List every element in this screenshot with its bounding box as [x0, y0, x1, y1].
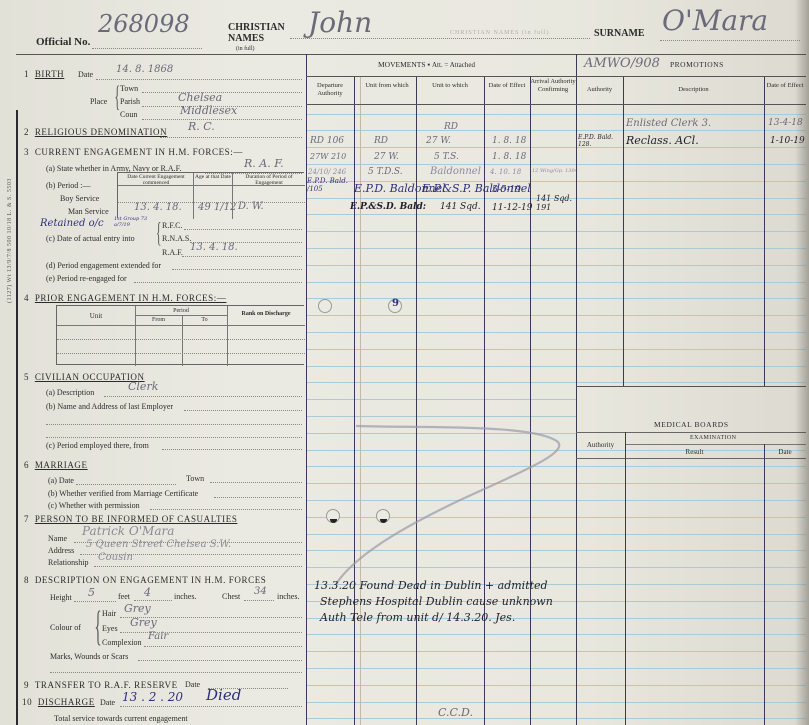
county-value: Middlesex: [180, 104, 237, 117]
th-departure-authority: Departure Authority: [306, 82, 354, 98]
religion-num: 2: [24, 127, 29, 137]
height-feet: 5: [88, 586, 95, 599]
margin-rule: [16, 110, 18, 725]
period-label: (b) Period :—: [46, 181, 90, 190]
religion-value: R. C.: [188, 120, 215, 133]
transfer-num: 9: [24, 680, 29, 690]
inches-label: inches.: [174, 592, 196, 601]
discharge-date-value: 13 . 2 . 20: [122, 690, 183, 704]
religion-title: RELIGIOUS DENOMINATION: [35, 127, 167, 137]
man-date-commenced: 13. 4. 18.: [134, 202, 182, 213]
th-arrival-authority: Arrival Authority Confirming: [530, 78, 576, 94]
extended-label: (d) Period engagement extended for: [46, 261, 161, 270]
th-to: To: [182, 316, 227, 324]
raf-entry-value: 13. 4. 18.: [190, 242, 238, 253]
move-date: 1. 8. 18: [492, 136, 526, 146]
place-label: Place: [90, 97, 107, 106]
surname-value: O'Mara: [662, 4, 768, 37]
medical-boards-title: MEDICAL BOARDS: [654, 420, 729, 429]
transfer-date-label: Date: [185, 680, 200, 689]
occupation-value: Clerk: [128, 380, 158, 393]
move-arrival-auth: 141 Sqd. 191: [536, 194, 576, 212]
county-label: Coun: [120, 110, 137, 119]
marriage-date-label: (a) Date: [48, 476, 74, 485]
actual-entry-label: (c) Date of actual entry into: [46, 234, 135, 243]
civilian-title: 5 CIVILIAN OCCUPATION: [24, 372, 145, 382]
eyes-label: Eyes: [102, 624, 118, 633]
death-note-line-2: Stephens Hospital Dublin cause unknown: [314, 594, 553, 610]
total-service-label: Total service towards current engagement: [54, 714, 188, 723]
relationship-value: Cousin: [98, 552, 133, 563]
casualties-label: PERSON TO BE INFORMED OF CASUALTIES: [35, 514, 238, 524]
next-of-kin-name: Patrick O'Mara: [82, 524, 174, 538]
relationship-label: Relationship: [48, 558, 88, 567]
man-service-label: Man Service: [68, 207, 109, 216]
parish-value: Chelsea: [178, 91, 222, 104]
birth-section-title: 1 BIRTH: [24, 69, 64, 79]
amwo-stamp: AMWO/908: [584, 56, 660, 71]
death-note-line-1: 13.3.20 Found Dead in Dublin + admitted: [314, 578, 553, 594]
move-dep-auth: 27W 210: [310, 152, 346, 161]
punch-hole: 9: [388, 299, 402, 313]
casualties-num: 7: [24, 514, 29, 524]
retained-note: Retained o/c: [40, 218, 104, 229]
colour-brace-icon: {: [95, 606, 102, 648]
rnas-label: R.N.A.S.: [162, 234, 191, 243]
transfer-title: 9 TRANSFER TO R.A.F. RESERVE: [24, 680, 178, 690]
th-date-commenced: Date Current Engagement commenced: [120, 175, 192, 186]
birth-date-label: Date: [78, 70, 93, 79]
th-unit-from: Unit from which: [358, 82, 416, 90]
medical-divider: [576, 386, 806, 387]
th-promo-authority: Authority: [576, 86, 623, 94]
page-edge-shadow: [795, 0, 809, 725]
birth-title: BIRTH: [35, 69, 64, 79]
official-no-value: 268098: [98, 10, 190, 38]
civilian-num: 5: [24, 372, 29, 382]
move-date: 5-5-19: [492, 185, 521, 195]
prior-engagement-title: 4 PRIOR ENGAGEMENT IN H.M. FORCES:—: [24, 293, 226, 303]
transfer-label: TRANSFER TO R.A.F. RESERVE: [35, 680, 178, 690]
christian-label-2: NAMES: [228, 33, 285, 44]
promo-authority: E.P.D. Bald. 128.: [578, 134, 622, 148]
eyes-value: Grey: [130, 616, 157, 629]
entry-brace-icon: {: [156, 220, 161, 248]
discharge-reason: Died: [206, 686, 241, 704]
description-num: 8: [24, 575, 29, 585]
move-unit-to: 5 T.S.: [434, 152, 459, 162]
discharge-date-label: Date: [100, 698, 115, 707]
surname-label: SURNAME: [594, 28, 645, 39]
service-branch-value: R. A. F.: [244, 157, 284, 170]
move-unit-to: Baldonnel: [430, 166, 481, 177]
th-from: From: [135, 316, 182, 324]
permission-label: (c) Whether with permission: [48, 501, 140, 510]
move-unit-to: 27 W.: [426, 136, 451, 146]
casualties-title: 7 PERSON TO BE INFORMED OF CASUALTIES: [24, 514, 237, 524]
religion-section-title: 2 RELIGIOUS DENOMINATION: [24, 127, 167, 137]
move-dep-auth: E.P.D. Bald. /105: [307, 177, 353, 193]
boy-service-label: Boy Service: [60, 194, 99, 203]
th-promo-description: Description: [623, 86, 764, 94]
birth-date-value: 14. 8. 1868: [116, 64, 173, 75]
birth-num: 1: [24, 69, 29, 79]
town-label: Town: [120, 84, 138, 93]
hair-label: Hair: [102, 609, 116, 618]
move-arrival-auth: 12 Wing/Gp. 1304: [532, 168, 578, 174]
move-date: 1. 8. 18: [492, 152, 526, 162]
discharge-label: DISCHARGE: [38, 697, 95, 707]
move-unit-to: 141 Sqd.: [440, 202, 481, 212]
description-label: DESCRIPTION ON ENGAGEMENT IN H.M. FORCES: [35, 575, 267, 585]
next-of-kin-name-label: Name: [48, 534, 67, 543]
th-unit: Unit: [57, 312, 135, 320]
move-unit-from: 27 W.: [374, 152, 399, 162]
hair-value: Grey: [124, 602, 151, 615]
period-table: Date Current Engagement commenced Age at…: [117, 172, 304, 218]
marks-label: Marks, Wounds or Scars: [50, 652, 128, 661]
prior-engagement-table: Unit Period From To Rank on Discharge: [56, 305, 304, 365]
move-unit-from: 5 T.D.S.: [368, 167, 403, 177]
promo-description: Enlisted Clerk 3.: [626, 118, 711, 129]
promotions-title: PROMOTIONS: [670, 60, 724, 69]
th-date-effect: Date of Effect: [484, 82, 530, 90]
colour-of-label: Colour of: [50, 623, 81, 632]
side-print: (1127) Wt 13/9/7/8 500 10/18 L. & S. 550…: [7, 123, 13, 303]
certificate-label: (b) Whether verified from Marriage Certi…: [48, 489, 198, 498]
th-duration: Duration of Period of Engagement: [234, 175, 304, 186]
move-dep-auth: RD 106: [310, 136, 344, 146]
prior-label: PRIOR ENGAGEMENT IN H.M. FORCES:—: [35, 293, 227, 303]
faint-reprint: CHRISTIAN NAMES (in full): [450, 30, 550, 36]
man-age: 49 1/12: [198, 202, 236, 213]
description-title: 8 DESCRIPTION ON ENGAGEMENT IN H.M. FORC…: [24, 575, 266, 585]
promo-description: Reclass. ACl.: [626, 134, 699, 147]
marriage-label: MARRIAGE: [35, 460, 88, 470]
current-engagement-title: 3 CURRENT ENGAGEMENT IN H.M. FORCES:—: [24, 147, 243, 157]
discharge-num: 10: [22, 697, 32, 707]
chest-label: Chest: [222, 592, 240, 601]
move-date: 4. 10. 18: [490, 168, 521, 176]
death-note: 13.3.20 Found Dead in Dublin + admitted …: [314, 578, 553, 626]
complexion-value: Fair: [148, 631, 168, 642]
employer-label: (b) Name and Address of last Employer: [46, 402, 173, 411]
next-of-kin-address: 5 Queen Street Chelsea S.W.: [86, 539, 231, 550]
service-record-page: (1127) Wt 13/9/7/8 500 10/18 L. & S. 550…: [0, 0, 809, 725]
period-employed-label: (c) Period employed there, from: [46, 441, 149, 450]
move-date: 11-12-19: [492, 203, 532, 213]
punch-hole: [318, 299, 332, 313]
th-unit-to: Unit to which: [424, 82, 476, 90]
bottom-initials: C.C.D.: [438, 706, 473, 719]
feet-label: feet: [118, 592, 130, 601]
th-medical-authority: Authority: [576, 441, 625, 449]
prior-num: 4: [24, 293, 29, 303]
marriage-title: 6 MARRIAGE: [24, 460, 88, 470]
discharge-title: 10 DISCHARGE: [22, 697, 95, 707]
move-unit-from: RD: [374, 136, 388, 146]
height-inches: 4: [144, 586, 151, 599]
th-medical-result: Result: [625, 448, 764, 456]
th-rank: Rank on Discharge: [227, 310, 305, 318]
christian-label-1: CHRISTIAN: [228, 22, 285, 33]
man-duration: D. W.: [238, 201, 264, 212]
move-dep-auth: 24/10/ 246: [308, 168, 346, 176]
marriage-num: 6: [24, 460, 29, 470]
occupation-label: (a) Description: [46, 388, 94, 397]
christian-names-label: CHRISTIAN NAMES (in full): [228, 22, 285, 55]
chest-inches-label: inches.: [277, 592, 299, 601]
movements-legend: Att. = Attached: [432, 61, 475, 69]
height-label: Height: [50, 593, 72, 602]
raf-label: R.A.F.: [162, 248, 183, 257]
movements-panel: MOVEMENTS ▪ Att. = Attached Departure Au…: [306, 54, 576, 725]
rfc-label: R.F.C.: [162, 221, 182, 230]
next-of-kin-address-label: Address: [48, 546, 74, 555]
reengaged-label: (e) Period re-engaged for: [46, 274, 127, 283]
th-age: Age at that Date: [194, 175, 232, 181]
examination-label: EXAMINATION: [690, 435, 736, 441]
promotions-panel: AMWO/908 PROMOTIONS Authority Descriptio…: [576, 54, 806, 725]
christian-names-value: John: [308, 6, 372, 39]
official-no-label: Official No.: [36, 36, 90, 48]
th-period: Period: [135, 307, 227, 315]
marriage-town-label: Town: [186, 474, 204, 483]
current-engagement-label: CURRENT ENGAGEMENT IN H.M. FORCES:—: [35, 147, 243, 157]
movements-title: MOVEMENTS ▪ Att. = Attached: [378, 60, 475, 69]
complexion-label: Complexion: [102, 638, 142, 647]
group-note: 1st Group 73 a/7/19: [114, 216, 154, 228]
movements-label: MOVEMENTS: [378, 60, 426, 69]
chest-value: 34: [254, 586, 267, 597]
pencil-stroke-mark: [306, 394, 586, 594]
death-note-line-3: Auth Tele from unit d/ 14.3.20. Jes.: [314, 610, 553, 626]
move-unit-from: E.P.&S.D. Bald:: [350, 202, 426, 212]
parish-label: Parish: [120, 97, 140, 106]
current-engagement-num: 3: [24, 147, 29, 157]
movement-pre-unit-to: RD: [444, 122, 458, 132]
